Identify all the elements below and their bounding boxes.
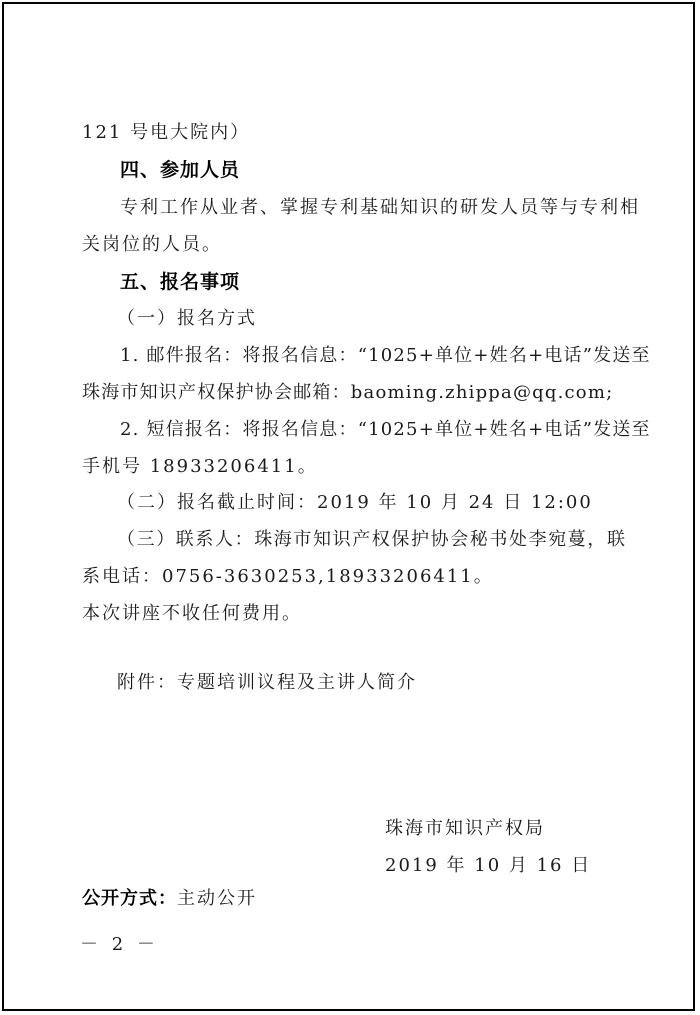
- subsection-1-heading: （一）报名方式: [117, 308, 257, 330]
- sms-signup-line-1: 2. 短信报名：将报名信息：“1025+单位+姓名+电话”发送至: [120, 419, 651, 441]
- document-page: 121 号电大院内） 四、参加人员 专利工作从业者、掌握专利基础知识的研发人员等…: [2, 2, 695, 1011]
- issue-date: 2019 年 10 月 16 日: [385, 855, 591, 877]
- disclosure-value: 主动公开: [177, 888, 257, 909]
- section-4-heading: 四、参加人员: [120, 159, 240, 181]
- sms-signup-line-2: 手机号 18933206411。: [82, 456, 318, 478]
- section-5-heading: 五、报名事项: [120, 271, 240, 293]
- address-continuation: 121 号电大院内）: [82, 122, 250, 144]
- issuer-signature: 珠海市知识产权局: [385, 818, 545, 840]
- fee-note: 本次讲座不收任何费用。: [82, 603, 302, 625]
- disclosure-label: 公开方式：: [82, 888, 177, 909]
- subsection-3-contact-line-2: 系电话：0756-3630253,18933206411。: [82, 566, 494, 588]
- subsection-2-deadline: （二）报名截止时间：2019 年 10 月 24 日 12:00: [117, 492, 593, 514]
- email-signup-line-2: 珠海市知识产权保护协会邮箱：baoming.zhippa@qq.com;: [82, 382, 613, 404]
- section-4-body-line-1: 专利工作从业者、掌握专利基础知识的研发人员等与专利相: [120, 197, 640, 219]
- section-4-body-line-2: 关岗位的人员。: [82, 234, 222, 256]
- disclosure-row: 公开方式：主动公开: [82, 888, 257, 910]
- page-number: － 2 －: [80, 934, 159, 956]
- subsection-3-contact-line-1: （三）联系人：珠海市知识产权保护协会秘书处李宛蔓，联: [117, 529, 627, 551]
- email-signup-line-1: 1. 邮件报名：将报名信息：“1025+单位+姓名+电话”发送至: [120, 345, 651, 367]
- attachment-line: 附件：专题培训议程及主讲人简介: [117, 672, 417, 694]
